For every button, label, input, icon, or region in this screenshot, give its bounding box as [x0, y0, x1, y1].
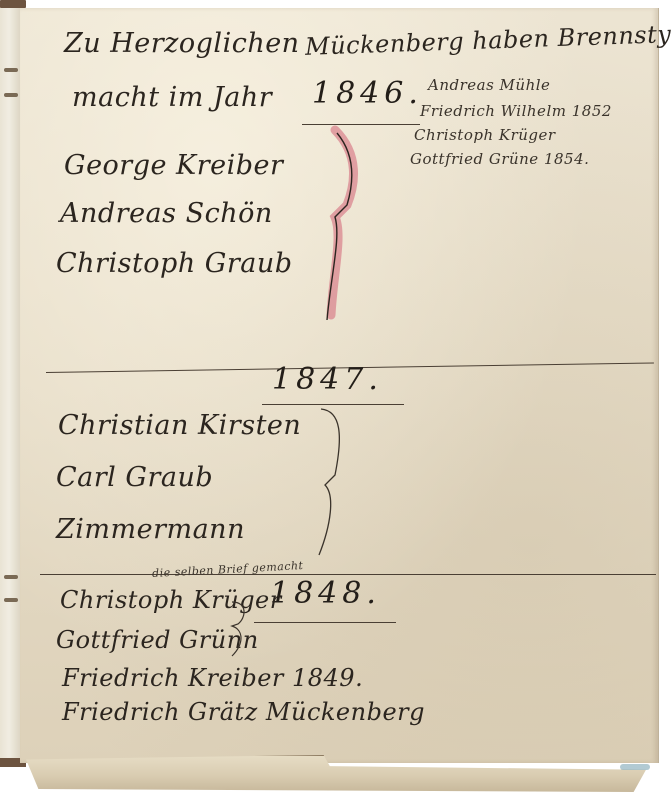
year-1847: 1847. [272, 362, 383, 397]
margin-note-line: Gottfried Grüne 1854. [410, 150, 589, 168]
margin-note-line: Friedrich Wilhelm 1852 [420, 102, 612, 120]
year-1846: 1846. [312, 76, 423, 111]
year-1848: 1848. [270, 576, 381, 611]
name-entry: Christoph Graub [56, 248, 293, 279]
name-entry: Christian Kirsten [58, 410, 301, 441]
ledger-page: Zu Herzoglichen Mückenberg haben Brennst… [0, 0, 671, 800]
header-line2: macht im Jahr [72, 82, 272, 113]
margin-note-line: Andreas Mühle [428, 76, 550, 94]
name-entry: Andreas Schön [60, 198, 273, 229]
binding-stitch [4, 68, 18, 72]
name-entry: Carl Graub [56, 462, 213, 493]
name-entry: Friedrich Grätz Mückenberg [62, 698, 425, 726]
name-entry: George Kreiber [64, 150, 283, 181]
name-entry: Zimmermann [56, 514, 245, 545]
book-spine [0, 6, 21, 766]
name-entry: Friedrich Kreiber 1849. [62, 664, 363, 692]
blue-stain [620, 764, 650, 770]
section-divider [40, 574, 656, 575]
spine-leather-top [0, 0, 26, 8]
header-line1-left: Zu Herzoglichen [64, 28, 300, 59]
ink-brace-small [228, 600, 268, 660]
binding-stitch [4, 598, 18, 602]
binding-stitch [4, 93, 18, 97]
binding-stitch [4, 575, 18, 579]
year-underline [254, 622, 396, 623]
margin-note-line: Christoph Krüger [414, 126, 556, 144]
red-brace [305, 125, 375, 325]
ink-brace [305, 405, 365, 565]
